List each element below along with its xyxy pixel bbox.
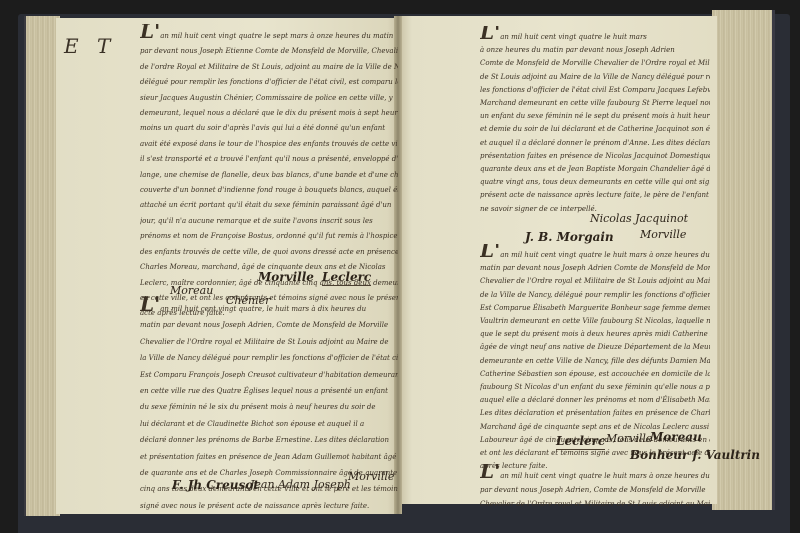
- entry-line: auquel elle a déclaré donner les prénoms…: [480, 394, 710, 407]
- entry-line: prénoms et nom de Françoise Bostus, ordo…: [140, 229, 398, 244]
- entry-line: L'an mil huit cent vingt quatre, le huit…: [140, 296, 398, 317]
- entry-line: présent acte de naissance après lecture …: [480, 189, 710, 202]
- entry-line: jour, qu'il n'a aucune remarque et de su…: [140, 214, 398, 229]
- entry-line: et demie du soir de lui déclarant et de …: [480, 123, 710, 136]
- entry-line: à onze heures du matin par devant nous J…: [480, 44, 710, 57]
- right-entry-3: L'an mil huit cent vingt quatre le huit …: [480, 464, 710, 511]
- entry-line: en cette ville rue des Quatre Églises le…: [140, 383, 398, 399]
- entry-line: Chevalier de l'Ordre royal et Militaire …: [480, 497, 710, 511]
- entry-line: quatre vingt ans, tous deux demeurants e…: [480, 176, 710, 189]
- entry-line: couverte d'un bonnet d'indienne fond rou…: [140, 183, 398, 198]
- entry-line: du sexe féminin né le six du présent moi…: [140, 399, 398, 415]
- entry-line: matin par devant nous Joseph Adrien, Com…: [140, 317, 398, 333]
- entry-line: quarante deux ans et de Jean Baptiste Mo…: [480, 163, 710, 176]
- entry-line: de St Louis adjoint au Maire de la Ville…: [480, 71, 710, 84]
- entry-line: moins un quart du soir d'après l'avis qu…: [140, 121, 398, 136]
- right-page-edges: [712, 10, 775, 510]
- entry-line: et auquel il a déclaré donner le prénom …: [480, 137, 710, 150]
- entry-line: Catherine Sébastien son épouse, est acco…: [480, 368, 710, 381]
- entry-line: demeurant, lequel nous a déclaré que le …: [140, 106, 398, 121]
- signature: Leclerc: [322, 270, 371, 286]
- entry-line: attaché un écrit portant qu'il était du …: [140, 198, 398, 213]
- margin-note: E T: [64, 34, 116, 58]
- entry-line: L'an mil huit cent vingt quatre le huit …: [480, 464, 710, 483]
- entry-line: Chevalier de l'Ordre royal et Militaire …: [480, 275, 710, 288]
- entry-line: les fonctions d'officier de l'état civil…: [480, 84, 710, 97]
- signature: Jean Adam Joseph: [250, 478, 351, 491]
- entry-line: âgée de vingt neuf ans native de Dieuze …: [480, 341, 710, 354]
- entry-line: par devant nous Joseph Etienne Comte de …: [140, 44, 398, 59]
- entry-line: des enfants trouvés de cette ville, de q…: [140, 245, 398, 260]
- entry-line: Vaultrin demeurant en cette Ville faubou…: [480, 315, 710, 328]
- entry-line: par devant nous Joseph Adrien, Comte de …: [480, 483, 710, 497]
- entry-line: il s'est transporté et a trouvé l'enfant…: [140, 152, 398, 167]
- entry-line: de l'ordre Royal et Militaire de St Loui…: [140, 60, 398, 75]
- signature: F. Jh Creusot: [172, 478, 259, 492]
- signature: J. B. Morgain: [525, 230, 614, 244]
- entry-line: que le sept du présent mois à deux heure…: [480, 328, 710, 341]
- entry-line: L'an mil huit cent vingt quatre le huit …: [480, 244, 710, 262]
- entry-line: lui déclarant et de Claudinette Bichot s…: [140, 416, 398, 432]
- entry-line: de la Ville de Nancy, délégué pour rempl…: [480, 289, 710, 302]
- entry-line: sieur Jacques Augustin Chénier, Commissa…: [140, 91, 398, 106]
- signature: Morville: [640, 228, 686, 241]
- entry-line: un enfant du sexe féminin né le sept du …: [480, 110, 710, 123]
- signature: Leclerc: [556, 434, 605, 450]
- entry-line: lange, une chemise de flanelle, deux bas…: [140, 168, 398, 183]
- entry-line: Est Comparue Élisabeth Marguerite Bonheu…: [480, 302, 710, 315]
- left-page-edges: [24, 16, 60, 516]
- entry-line: Est Comparu François Joseph Creusot cult…: [140, 367, 398, 383]
- right-entry-1: L'an mil huit cent vingt quatre le huit …: [480, 26, 710, 216]
- entry-line: la Ville de Nancy délégué pour remplir l…: [140, 350, 398, 366]
- entry-line: L'an mil huit cent vingt quatre le sept …: [140, 24, 398, 44]
- signature: Nicolas Jacquinot: [590, 212, 688, 225]
- entry-line: demeurante en cette Ville de Nancy, fill…: [480, 355, 710, 368]
- entry-line: Comte de Monsfeld de Morville Chevalier …: [480, 57, 710, 70]
- entry-line: et présentation faites en présence de Je…: [140, 449, 398, 465]
- entry-line: présentation faites en présence de Nicol…: [480, 150, 710, 163]
- signature: Morville: [258, 270, 314, 284]
- entry-line: Chevalier de l'Ordre royal et Militaire …: [140, 334, 398, 350]
- entry-line: avait été exposé dans le tour de l'hospi…: [140, 137, 398, 152]
- entry-line: L'an mil huit cent vingt quatre le huit …: [480, 26, 710, 44]
- entry-line: signé avec nous le présent acte de naiss…: [140, 498, 398, 514]
- signature: Morville: [348, 470, 394, 483]
- entry-line: délégué pour remplir les fonctions d'off…: [140, 75, 398, 90]
- signature: Moreau: [650, 430, 702, 444]
- entry-line: matin par devant nous Joseph Adrien Comt…: [480, 262, 710, 275]
- entry-line: Marchand demeurant en cette ville faubou…: [480, 97, 710, 110]
- entry-line: déclaré donner les prénoms de Barbe Erne…: [140, 432, 398, 448]
- entry-line: faubourg St Nicolas d'un enfant du sexe …: [480, 381, 710, 394]
- signature: Morville: [606, 432, 652, 445]
- entry-line: Les dites déclaration et présentation fa…: [480, 407, 710, 420]
- signature: Bonheur f. Vaultrin: [630, 448, 760, 462]
